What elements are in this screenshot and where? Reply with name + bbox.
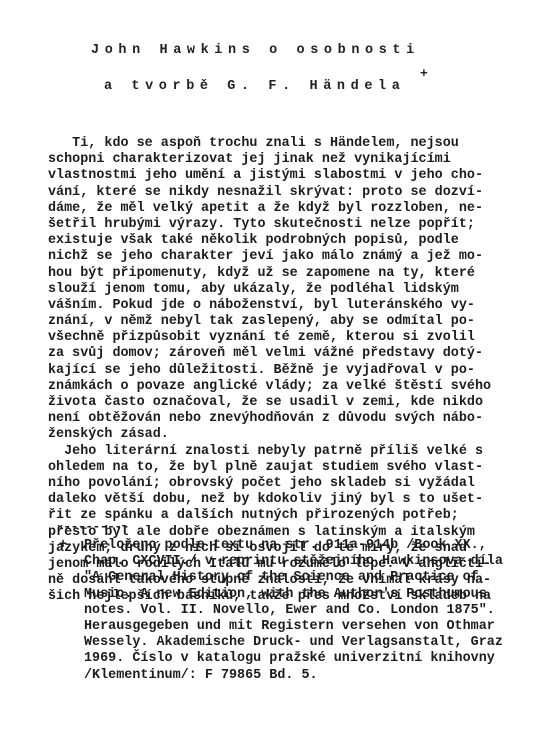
body-line: nichž se jeho charakter jeví jako málo z… bbox=[48, 249, 518, 265]
body-line: vání, které se nikdy nesnažil skrývat: p… bbox=[48, 185, 518, 201]
body-text: Ti, kdo se aspoň trochu znali s Händelem… bbox=[48, 136, 518, 605]
body-line: známkách o povaze anglické vlády; za vel… bbox=[48, 379, 518, 395]
body-line: vlastnostmi jeho umění a jistými slabost… bbox=[48, 168, 518, 184]
typewritten-page: John Hawkins o osobnosti a tvorbě G. F. … bbox=[0, 0, 541, 738]
footnote-line: 1969. Číslo v katalogu pražské univerzit… bbox=[84, 651, 503, 667]
body-line: existuje však také několik podrobných po… bbox=[48, 233, 518, 249]
footnote-mark: + bbox=[59, 538, 67, 554]
body-line: za svůj domov; zároveň měl velmi vážné p… bbox=[48, 346, 518, 362]
footnote-text: Přeloženo podle textu na str. 911a-914b … bbox=[84, 538, 503, 684]
title-line-1: John Hawkins o osobnosti bbox=[91, 43, 420, 58]
body-line: znání, v němž nebyl tak zaslepený, aby s… bbox=[48, 314, 518, 330]
body-line: šetřil hrubými výrazy. Tyto skutečnosti … bbox=[48, 217, 518, 233]
body-line: vášním. Pokud jde o náboženství, byl lut… bbox=[48, 298, 518, 314]
footnote-line: notes. Vol. II. Novello, Ewer and Co. Lo… bbox=[84, 603, 503, 619]
footnote-line: "A General History of the Science and Pr… bbox=[84, 570, 503, 586]
body-line: Jeho literární znalosti nebyly patrně př… bbox=[48, 444, 518, 460]
body-line: ního povolání; obrovský počet jeho sklad… bbox=[48, 476, 518, 492]
body-line: ženských zásad. bbox=[48, 427, 518, 443]
body-line: ohledem na to, že byl plně zaujat studie… bbox=[48, 460, 518, 476]
footnote-line: Chap. CXCVII./ v reprintu stěžejního Haw… bbox=[84, 554, 503, 570]
body-line: schopni charakterizovat jej jinak než vy… bbox=[48, 152, 518, 168]
footnote-line: /Klementinum/: F 79865 Bd. 5. bbox=[84, 668, 503, 684]
body-line: života často označoval, že se usadil v z… bbox=[48, 395, 518, 411]
title-line-2: a tvorbě G. F. Händela bbox=[104, 79, 405, 94]
body-line: není obtěžován nebo znevýhodňován z důvo… bbox=[48, 411, 518, 427]
title-footnote-mark: + bbox=[420, 66, 428, 81]
footnote-line: Herausgegeben und mit Registern versehen… bbox=[84, 619, 503, 635]
footnote-line: Music. A new Edition, with the Author's … bbox=[84, 587, 503, 603]
body-line: dáme, že měl velký apetit a že když byl … bbox=[48, 201, 518, 217]
footnote-line: Přeloženo podle textu na str. 911a-914b … bbox=[84, 538, 503, 554]
body-line: daleko větší dobu, než by kdokoliv jiný … bbox=[48, 492, 518, 508]
body-line: kající se jeho důležitosti. Běžně je vyj… bbox=[48, 363, 518, 379]
body-line: hou být připomenuty, když už se zapomene… bbox=[48, 266, 518, 282]
body-line: slouží jenom tomu, aby ukázaly, že podlé… bbox=[48, 282, 518, 298]
body-line: Ti, kdo se aspoň trochu znali s Händelem… bbox=[48, 136, 518, 152]
footnote-separator: ---------- bbox=[56, 519, 129, 534]
body-line: všechně přizpůsobit vyznání té země, kte… bbox=[48, 330, 518, 346]
footnote-line: Wessely. Akademische Druck- und Verlagsa… bbox=[84, 635, 503, 651]
